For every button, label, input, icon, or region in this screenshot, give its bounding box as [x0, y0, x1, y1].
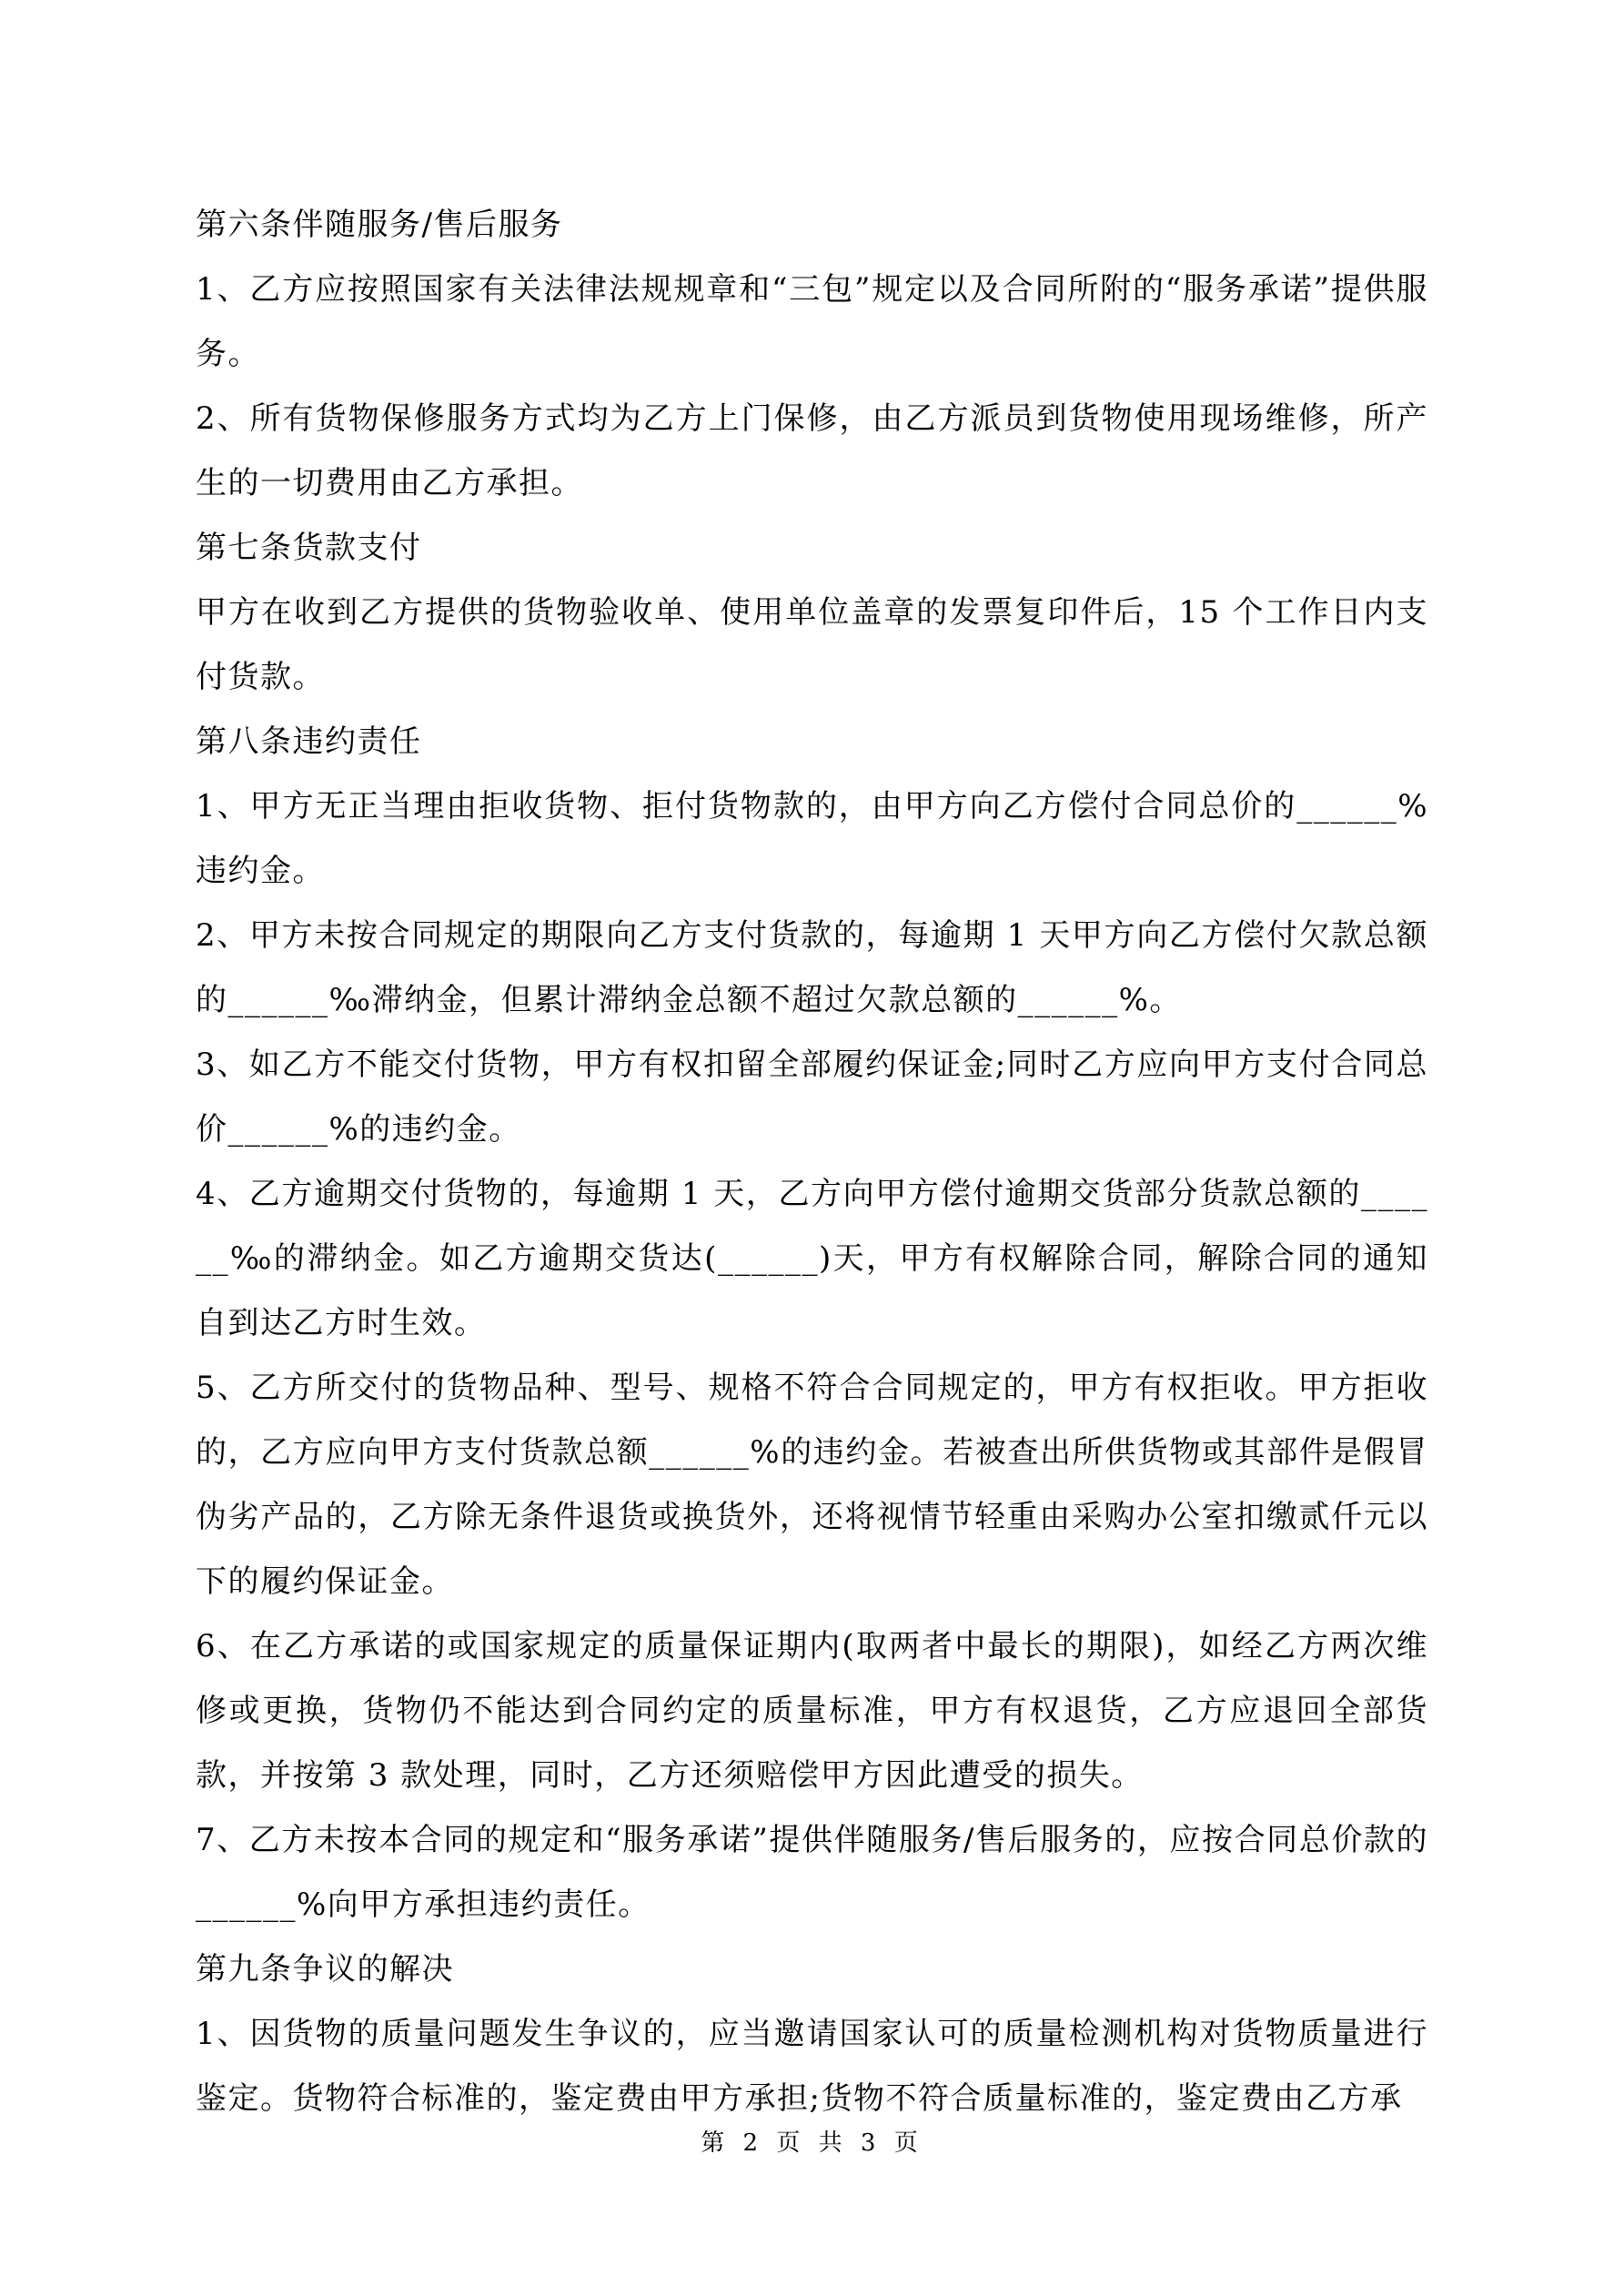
article-7-body: 甲方在收到乙方提供的货物验收单、使用单位盖章的发票复印件后，15 个工作日内支付…	[196, 581, 1428, 710]
article-8-clause-5: 5、乙方所交付的货物品种、型号、规格不符合合同规定的，甲方有权拒收。甲方拒收的，…	[196, 1356, 1428, 1614]
section-heading-article-8: 第八条违约责任	[196, 710, 1428, 774]
article-8-clause-4: 4、乙方逾期交付货物的，每逾期 1 天，乙方向甲方偿付逾期交货部分货款总额的__…	[196, 1162, 1428, 1356]
article-6-clause-2: 2、所有货物保修服务方式均为乙方上门保修，由乙方派员到货物使用现场维修，所产生的…	[196, 387, 1428, 516]
section-heading-article-7: 第七条货款支付	[196, 516, 1428, 581]
section-heading-article-6: 第六条伴随服务/售后服务	[196, 193, 1428, 258]
document-body: 第六条伴随服务/售后服务 1、乙方应按照国家有关法律法规规章和“三包”规定以及合…	[196, 193, 1428, 2131]
section-heading-article-9: 第九条争议的解决	[196, 1937, 1428, 2002]
contract-document-page: 第六条伴随服务/售后服务 1、乙方应按照国家有关法律法规规章和“三包”规定以及合…	[0, 0, 1624, 2296]
article-8-clause-7: 7、乙方未按本合同的规定和“服务承诺”提供伴随服务/售后服务的，应按合同总价款的…	[196, 1808, 1428, 1937]
article-6-clause-1: 1、乙方应按照国家有关法律法规规章和“三包”规定以及合同所附的“服务承诺”提供服…	[196, 258, 1428, 387]
article-9-clause-1: 1、因货物的质量问题发生争议的，应当邀请国家认可的质量检测机构对货物质量进行鉴定…	[196, 2002, 1428, 2131]
page-footer: 第 2 页 共 3 页	[0, 2125, 1624, 2161]
article-8-clause-1: 1、甲方无正当理由拒收货物、拒付货物款的，由甲方向乙方偿付合同总价的______…	[196, 774, 1428, 904]
article-8-clause-3: 3、如乙方不能交付货物，甲方有权扣留全部履约保证金;同时乙方应向甲方支付合同总价…	[196, 1033, 1428, 1162]
article-8-clause-2: 2、甲方未按合同规定的期限向乙方支付货款的，每逾期 1 天甲方向乙方偿付欠款总额…	[196, 904, 1428, 1033]
article-8-clause-6: 6、在乙方承诺的或国家规定的质量保证期内(取两者中最长的期限)，如经乙方两次维修…	[196, 1614, 1428, 1808]
